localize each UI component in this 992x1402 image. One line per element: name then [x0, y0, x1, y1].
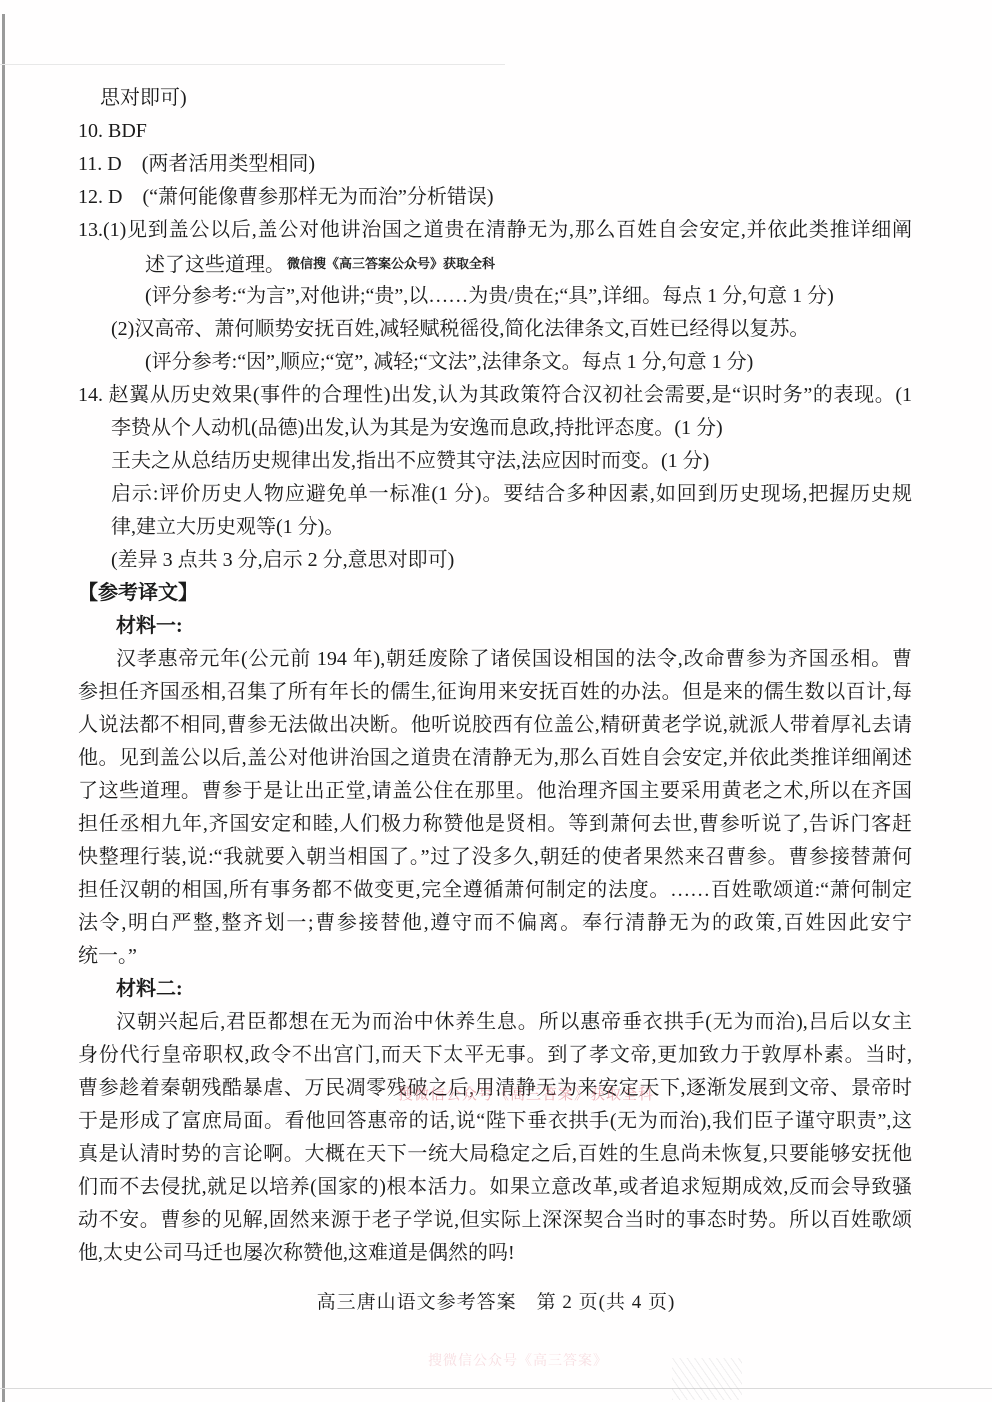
- answer-line-13-1-cont-text: 述了这些道理。: [145, 254, 285, 276]
- watermark-pink-bottom: 搜微信公众号《高三答案》: [428, 1350, 648, 1370]
- answer-line-10: 10. BDF: [78, 115, 912, 148]
- answer-line-carryover: 思对即可): [78, 82, 912, 115]
- answer-content: 思对即可) 10. BDF 11. D (两者活用类型相同) 12. D (“萧…: [78, 82, 912, 1270]
- material2-line-8: 他,太史公司马迁也屡次称赞他,这难道是偶然的吗!: [78, 1237, 912, 1270]
- scan-edge-line-bottom: [0, 1388, 992, 1389]
- answer-line-14-qishi-cont: 律,建立大历史观等(1 分)。: [78, 511, 912, 544]
- answer-line-14-scoring: (差异 3 点共 3 分,启示 2 分,意思对即可): [78, 544, 912, 577]
- scan-edge-line-left: [2, 14, 5, 1402]
- material1-line-5: 了这些道理。曹参于是让出正堂,请盖公住在那里。他治理齐国主要采用黄老之术,所以在…: [78, 775, 912, 808]
- material1-line-7: 快整理行装,说:“我就要入朝当相国了。”过了没多久,朝廷的使者果然来召曹参。曹参…: [78, 841, 912, 874]
- page-footer: 高三唐山语文参考答案 第 2 页(共 4 页): [0, 1287, 992, 1314]
- material1-line-4: 他。见到盖公以后,盖公对他讲治国之道贵在清静无为,那么百姓自会安定,并依此类推详…: [78, 742, 912, 775]
- material2-line-5: 真是认清时势的言论啊。大概在天下一统大局稳定之后,百姓的生息尚未恢复,只要能够安…: [78, 1138, 912, 1171]
- answer-line-13-2-scoring: (评分参考:“因”,顺应;“宽”, 减轻;“文法”,法律条文。每点 1 分,句意…: [78, 346, 912, 379]
- answer-line-12: 12. D (“萧何能像曹参那样无为而治”分析错误): [78, 181, 912, 214]
- watermark-inline-text: 微信搜《高三答案公众号》获取全科: [287, 256, 495, 271]
- answer-line-13-1-cont: 述了这些道理。微信搜《高三答案公众号》获取全科: [78, 247, 912, 280]
- answer-line-14-wangfuzhi: 王夫之从总结历史规律出发,指出不应赞其守法,法应因时而变。(1 分): [78, 445, 912, 478]
- material2-line-4: 于是形成了富庶局面。看他回答惠帝的话,说“陛下垂衣拱手(无为而治),我们臣子谨守…: [78, 1105, 912, 1138]
- answer-line-14-lizhi: 李贽从个人动机(品德)出发,认为其是为安逸而息政,持批评态度。(1 分): [78, 412, 912, 445]
- material2-line-1: 汉朝兴起后,君臣都想在无为而治中休养生息。所以惠帝垂衣拱手(无为而治),吕后以女…: [78, 1006, 912, 1039]
- material1-line-9: 法令,明白严整,整齐划一;曹参接替他,遵守而不偏离。奉行清静无为的政策,百姓因此…: [78, 907, 912, 940]
- material1-label: 材料一:: [78, 610, 912, 643]
- material2-line-2: 身份代行皇帝职权,政令不出宫门,而天下太平无事。到了孝文帝,更加致力于敦厚朴素。…: [78, 1039, 912, 1072]
- answer-line-14-qishi: 启示:评价历史人物应避免单一标准(1 分)。要结合多种因素,如回到历史现场,把握…: [78, 478, 912, 511]
- answer-line-11: 11. D (两者活用类型相同): [78, 148, 912, 181]
- material1-line-10: 统一。”: [78, 940, 912, 973]
- material2-line-3: 曹参趁着秦朝残酷暴虐、万民凋零残破之后,用清静无为来安定天下,逐渐发展到文帝、景…: [78, 1072, 912, 1105]
- scan-artifact-hatch: [672, 1358, 742, 1400]
- answer-line-14-zhaoyi: 14. 赵翼从历史效果(事件的合理性)出发,认为其政策符合汉初社会需要,是“识时…: [78, 379, 912, 412]
- material2-line-6: 们而不去侵扰,就足以培养(国家的)根本活力。如果立意改革,或者追求短期成效,反而…: [78, 1171, 912, 1204]
- material1-line-8: 担任汉朝的相国,所有事务都不做变更,完全遵循萧何制定的法度。……百姓歌颂道:“萧…: [78, 874, 912, 907]
- material1-line-3: 人说法都不相同,曹参无法做出决断。他听说胶西有位盖公,精研黄老学说,就派人带着厚…: [78, 709, 912, 742]
- material2-line-7: 动不安。曹参的见解,固然来源于老子学说,但实际上深深契合当时的事态时势。所以百姓…: [78, 1204, 912, 1237]
- scan-crease-line: [0, 64, 505, 65]
- scanned-answer-page: 思对即可) 10. BDF 11. D (两者活用类型相同) 12. D (“萧…: [0, 0, 992, 1402]
- answer-line-13-2: (2)汉高帝、萧何顺势安抚百姓,减轻赋税徭役,简化法律条文,百姓已经得以复苏。: [78, 313, 912, 346]
- material1-line-6: 担任丞相九年,齐国安定和睦,人们极力称赞他是贤相。等到萧何去世,曹参听说了,告诉…: [78, 808, 912, 841]
- material1-line-1: 汉孝惠帝元年(公元前 194 年),朝廷废除了诸侯国设相国的法令,改命曹参为齐国…: [78, 643, 912, 676]
- answer-line-13-1-scoring: (评分参考:“为言”,对他讲;“贵”,以……为贵/贵在;“具”,详细。每点 1 …: [78, 280, 912, 313]
- translation-heading: 【参考译文】: [78, 577, 912, 610]
- answer-line-13-1: 13.(1)见到盖公以后,盖公对他讲治国之道贵在清静无为,那么百姓自会安定,并依…: [78, 214, 912, 247]
- material1-line-2: 参担任齐国丞相,召集了所有年长的儒生,征询用来安抚百姓的办法。但是来的儒生数以百…: [78, 676, 912, 709]
- material2-label: 材料二:: [78, 973, 912, 1006]
